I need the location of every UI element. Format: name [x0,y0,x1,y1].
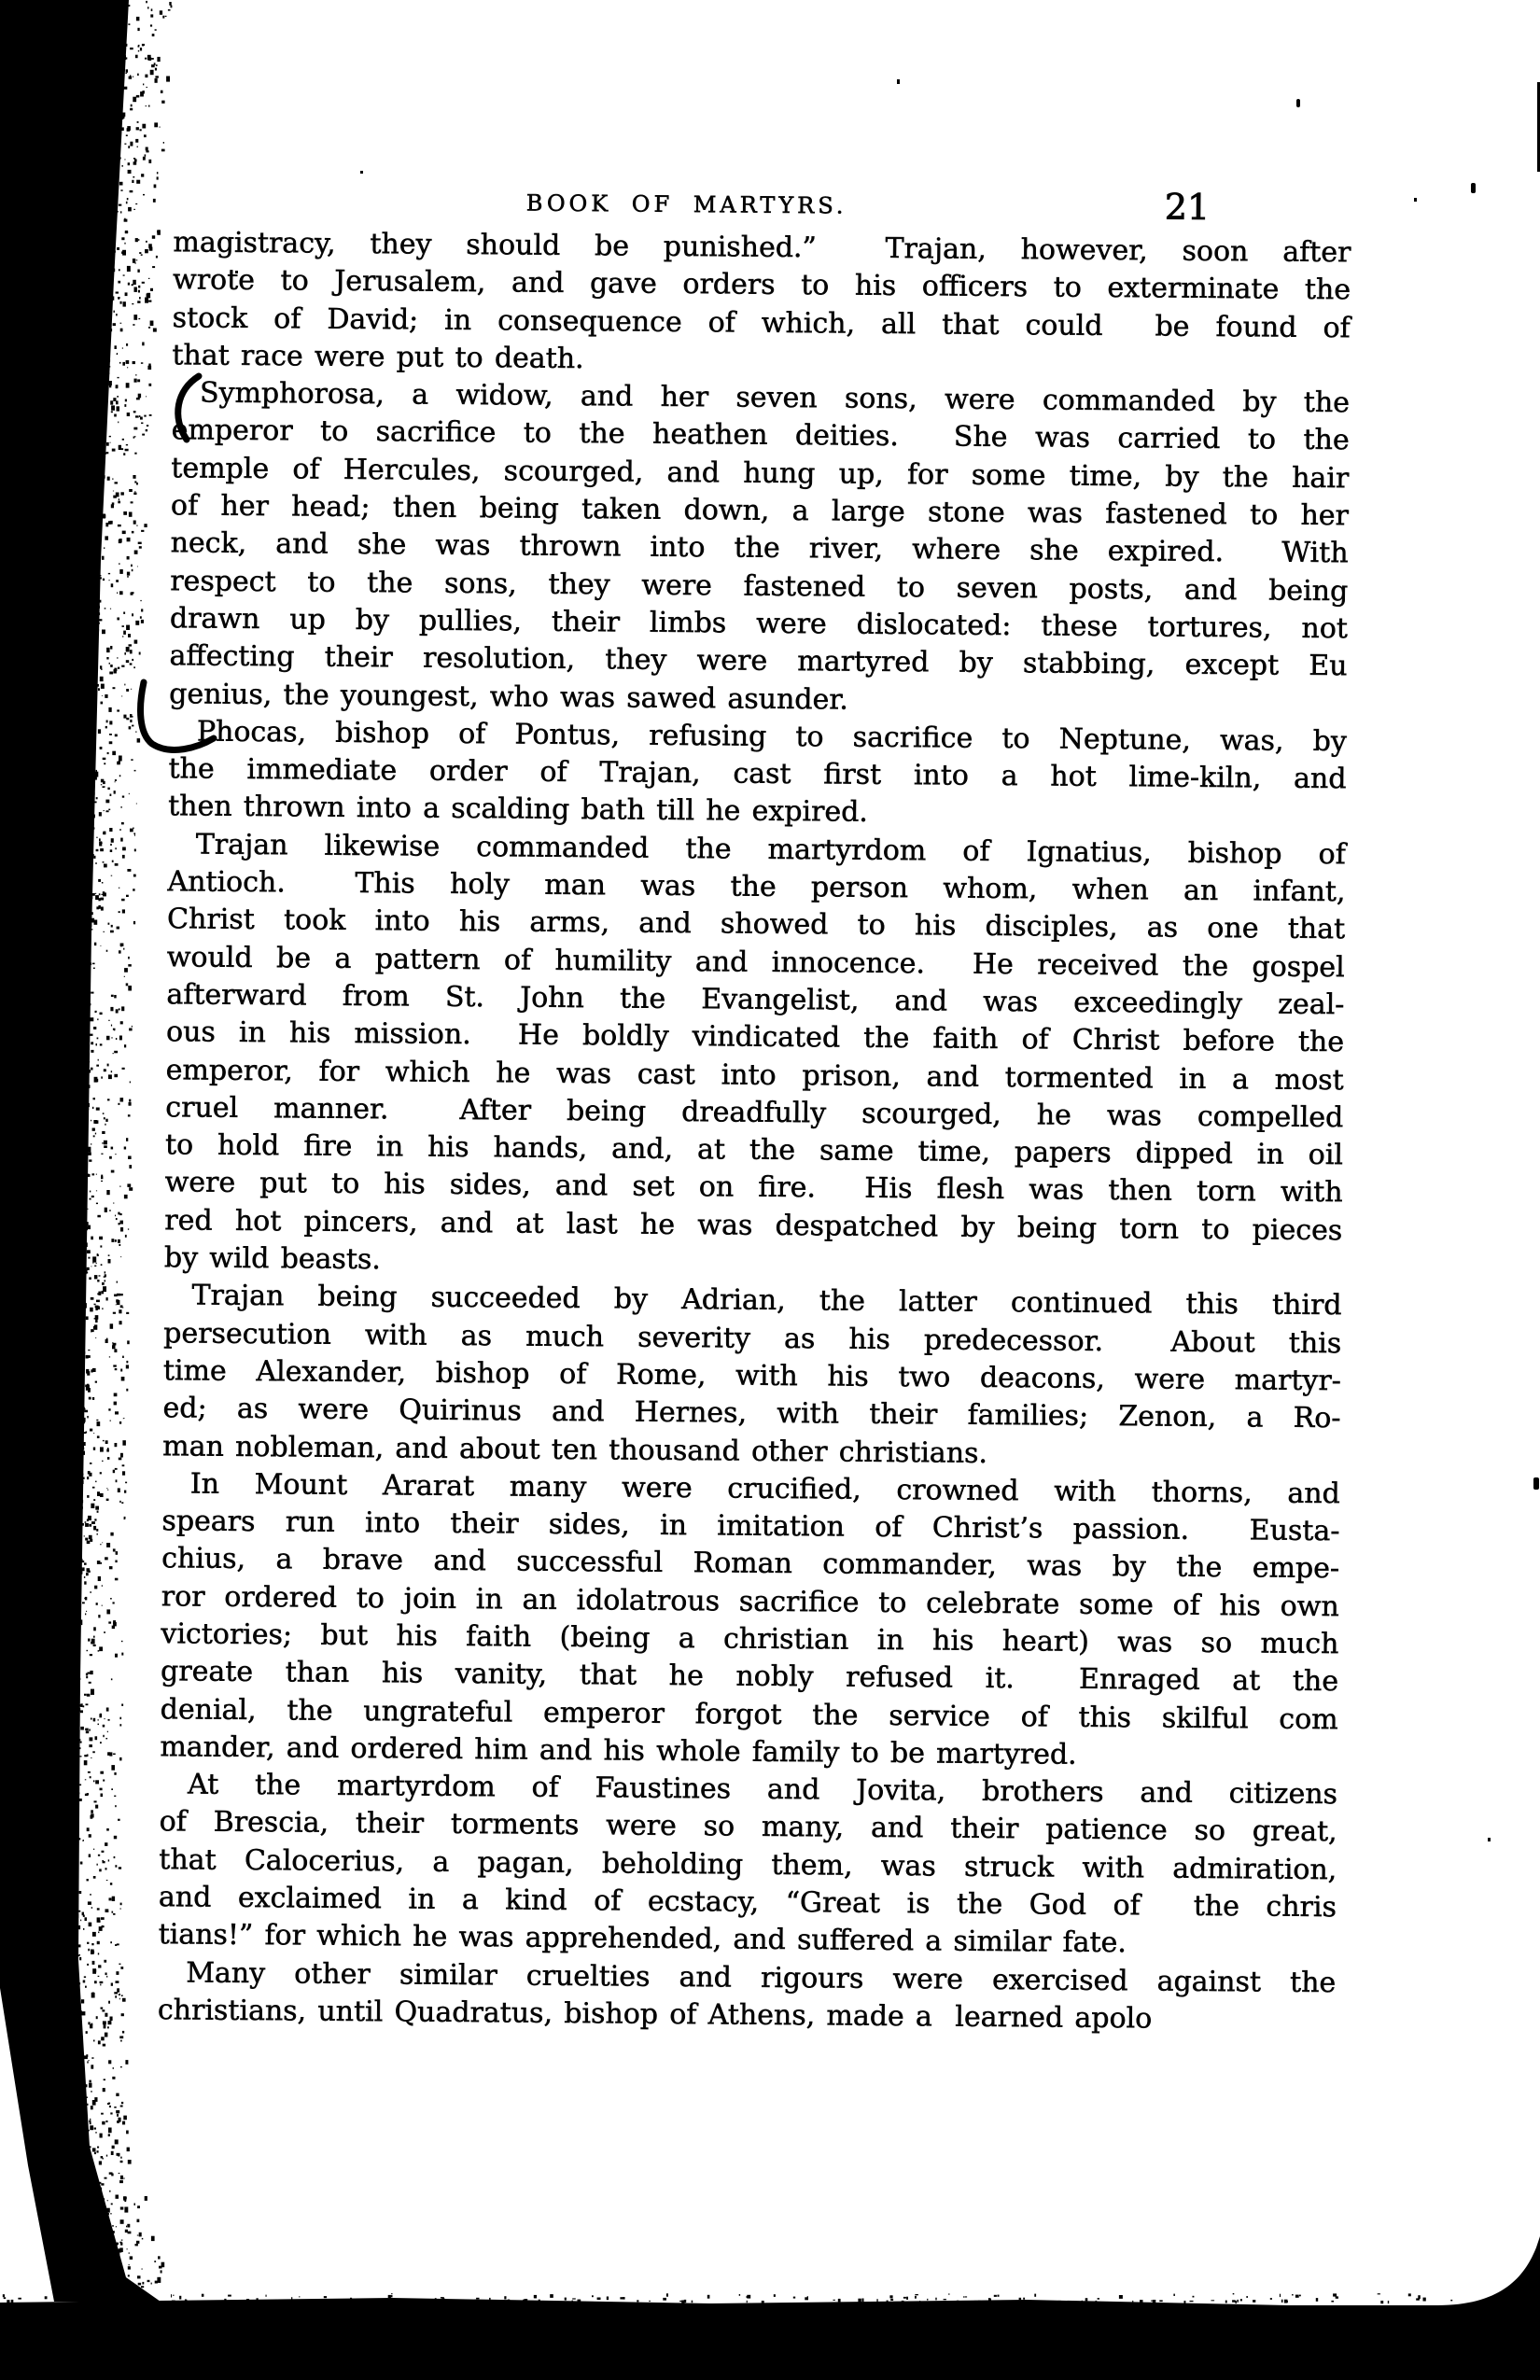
bottom-scan-band [0,2236,1540,2380]
left-gutter-shadow [0,0,161,2302]
scanned-page: BOOK OF MARTYRS. 21 magistracy, they sho… [0,0,1540,2380]
page-number: 21 [1165,187,1211,228]
page-content: BOOK OF MARTYRS. 21 magistracy, they sho… [158,185,1351,2039]
body-text: magistracy, they should be punished.” Tr… [158,224,1351,2039]
running-header-title: BOOK OF MARTYRS. [526,190,847,219]
